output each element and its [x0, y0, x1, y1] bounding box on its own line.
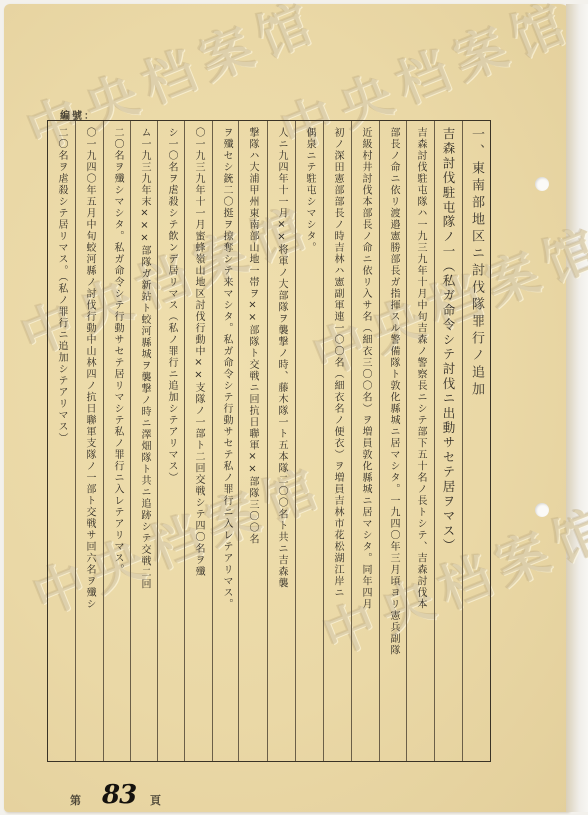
- text-column: 二〇名ヲ殲シマシタ。私ガ命令シテ行動サセテ居リマシテ私ノ罪行ニ入レテアリマス。: [104, 127, 131, 757]
- text-column: 撃隊ハ大浦甲州東南部山地一帯ヲ××部隊ト交戦ニ回抗日聯軍××部隊三〇〇名: [239, 127, 266, 757]
- page-suffix: 頁: [150, 792, 161, 808]
- scan-edge: [566, 4, 588, 812]
- text-column: 二〇名ヲ虐殺シテ居リマス。（私ノ罪行ニ追加シテアリマス）: [48, 127, 75, 757]
- manuscript-grid: 一、東南部地区ニ討伐隊罪行ノ追加 吉森討伐駐屯隊ノ一（私ガ命令シテ討伐ニ出動サセ…: [47, 120, 491, 762]
- text-column: 近級村井討伐本部長ノ命ニ依リ入サ名（細衣三〇〇名）ヲ増員敦化縣城ニ居マシタ。同年…: [352, 127, 379, 757]
- text-column: 吉森討伐駐屯隊ハ一九三九年十月中旬吉森ノ警察長ニシテ部下五十名ノ長トシテ、吉森討…: [407, 127, 434, 757]
- page-prefix: 第: [70, 792, 81, 808]
- page-number: 83: [102, 780, 136, 810]
- text-column: 人ニ九四年十一月××将軍ノ大部隊ヲ襲撃ノ時、藤木隊一ト五本隊二〇〇名ト共ニ吉森襲: [268, 127, 295, 757]
- text-column: シ一〇名ヲ虐殺シテ飲ンデ居リマス（私ノ罪行ニ追加シテアリマス）: [158, 127, 185, 757]
- text-column: 〇一九三九年十一月蜜蜂嶺山地区討伐行動中××支隊ノ一部ト二回交戦シテ四〇名ヲ殲: [185, 127, 212, 757]
- text-column: 〇一九四〇年五月中旬蛟河縣ノ討伐行動中山林四ノ抗日聯軍支隊ノ一部ト交戦サ回六名ヲ…: [76, 127, 103, 757]
- text-column: 初ノ深田憲部部長ノ時吉林ハ憲副軍連一〇〇名（細衣名ノ便衣）ヲ増員吉林市花松湖江岸…: [324, 127, 351, 757]
- section-title: 一、東南部地区ニ討伐隊罪行ノ追加: [463, 127, 490, 757]
- text-column: 部長ノ命ニ依リ渡邉憲勝部長ガ指揮スル警備隊ト敦化縣城ニ居マシタ。一九四〇年三月頃…: [380, 127, 407, 757]
- text-column: 偶泉ニテ駐屯シマシタ。: [296, 127, 323, 757]
- text-column: ヲ殲セシ銃二〇挺ヲ掠奪シテ来マシタ。私ガ命令シテ行動サセテ私ノ罪行ニ入レテアリマ…: [213, 127, 240, 757]
- punch-hole-top: [535, 177, 549, 191]
- text-column: ム一九三九年末×××部隊ガ新站ト蛟河縣城ヲ襲撃ノ時ニ澤畑隊ト共ニ追跡シテ交戦二回: [131, 127, 158, 757]
- punch-hole-bottom: [535, 503, 549, 517]
- text-column: 吉森討伐駐屯隊ノ一（私ガ命令シテ討伐ニ出動サセテ居ヲマス）: [435, 127, 462, 757]
